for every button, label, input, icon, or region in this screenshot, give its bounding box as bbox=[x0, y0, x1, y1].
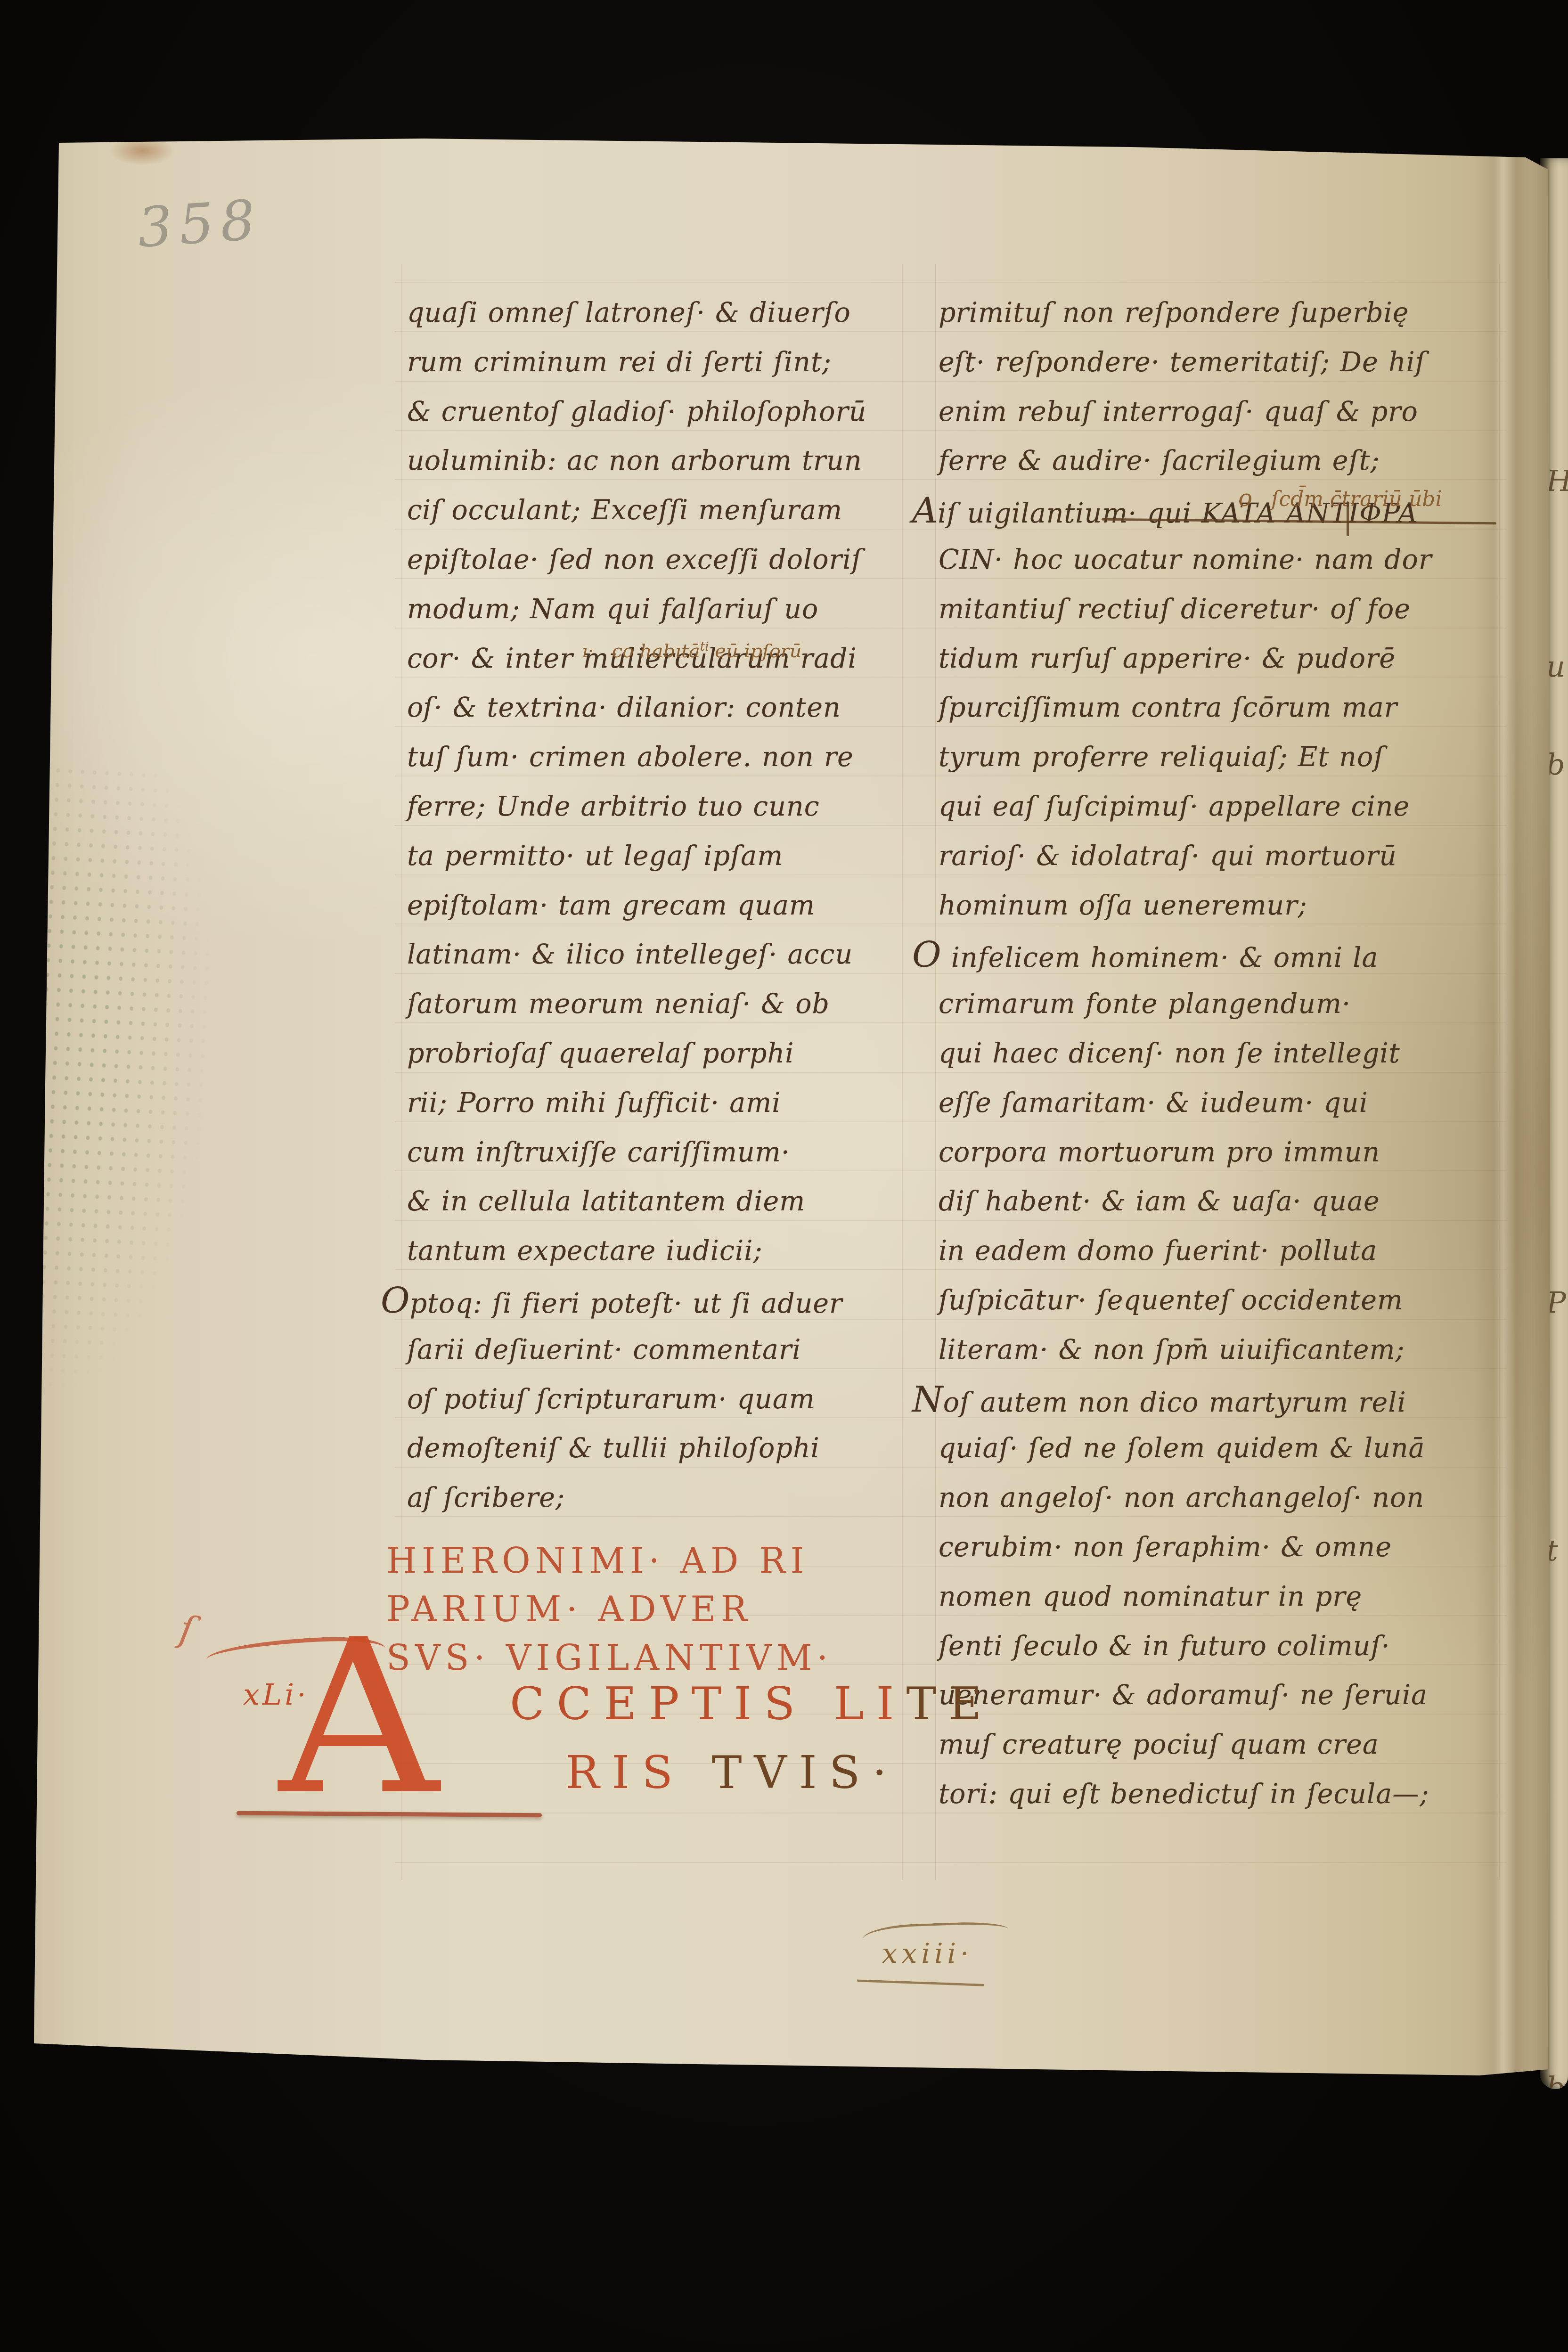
text-line: probrioſaſ quaerelaſ porphi bbox=[407, 1029, 916, 1078]
text-line: epiſtolae· ſed non exceſſi doloriſ bbox=[407, 535, 916, 585]
text-line: mitantiuſ rectiuſ diceretur· oſ foe bbox=[939, 585, 1511, 634]
text-line: enim rebuſ interrogaſ· quaſ & pro bbox=[939, 387, 1511, 437]
text-line: eſt· reſpondere· temeritatiſ; De hiſ bbox=[939, 338, 1511, 387]
text-line: Optoq: ſi fieri poteſt· ut ſi aduer bbox=[381, 1276, 916, 1325]
text-line: cum inſtruxiſſe cariſſimum· bbox=[407, 1128, 916, 1177]
text-line: nomen quod nominatur in prę bbox=[939, 1572, 1511, 1622]
interlinear-gloss: ı· co habıtāti eū ipſorū bbox=[582, 640, 802, 662]
gloss-lead: ı· bbox=[582, 640, 594, 662]
text-line: oſ· & textrina· dilanior: conten bbox=[407, 683, 916, 733]
text-line: Noſ autem non dico martyrum reli bbox=[912, 1375, 1511, 1424]
right-text-column: primituſ non reſpondere ſuperbię eſt· re… bbox=[939, 288, 1511, 1819]
signature-flourish bbox=[862, 1921, 1009, 1940]
gloss-signe: o bbox=[1238, 484, 1252, 512]
rubric-title: HIERONIMI· AD RI PARIUM· ADVER SVS· VIGI… bbox=[386, 1537, 833, 1682]
text-line: latinam· & ilico intellegeſ· accu bbox=[407, 930, 916, 980]
text-line: ciſ occulant; Exceſſi menſuram bbox=[407, 486, 916, 535]
rubric-line: HIERONIMI· AD RI bbox=[386, 1537, 833, 1585]
decorated-initial: A bbox=[279, 1633, 439, 1803]
incipit-red-text: RIS bbox=[565, 1746, 711, 1799]
quire-signature: xxiii· bbox=[882, 1937, 973, 1969]
text-line: quaſi omneſ latroneſ· & diuerſo bbox=[407, 288, 916, 338]
text-line: qui eaſ ſuſcipimuſ· appellare cine bbox=[939, 782, 1511, 832]
text-line: eſſe ſamaritam· & iudeum· qui bbox=[939, 1078, 1511, 1128]
brown-stain bbox=[109, 136, 175, 166]
text-line: hominum oſſa ueneremur; bbox=[939, 881, 1511, 931]
text-line: demoſteniſ & tullii philoſophi bbox=[407, 1424, 916, 1473]
green-mottle-stain bbox=[19, 763, 224, 1397]
photograph-backdrop: H u b P t b 358 quaſi omneſ latroneſ· & … bbox=[0, 0, 1568, 2352]
text-line: CIN· hoc uocatur nomine· nam dor bbox=[939, 535, 1511, 585]
text-line: rarioſ· & idolatraſ· qui mortuorū bbox=[939, 832, 1511, 881]
marginal-gloss: o ſcd̄m c̄trariū ūbi bbox=[1238, 484, 1442, 512]
text-line: ſarii deſiuerint· commentari bbox=[407, 1325, 916, 1375]
text-line: primituſ non reſpondere ſuperbię bbox=[939, 288, 1511, 338]
text-line: & in cellula latitantem diem bbox=[407, 1177, 916, 1226]
text-line: ferre & audire· ſacrilegium eſt; bbox=[939, 436, 1511, 486]
text-line: tori: qui eſt benedictuſ in ſecula—; bbox=[939, 1770, 1511, 1819]
text-line: ſpurciſſimum contra ſcōrum mar bbox=[939, 683, 1511, 733]
text-line: aſ ſcribere; bbox=[407, 1473, 916, 1523]
text-line: tuſ ſum· crimen abolere. non re bbox=[407, 733, 916, 782]
incipit-dark-text: TVIS· bbox=[711, 1746, 899, 1799]
incipit-red-text: CCEPTIS LI bbox=[510, 1677, 906, 1730]
text-line: epiſtolam· tam grecam quam bbox=[407, 881, 916, 931]
text-line: tyrum proferre reliquiaſ; Et noſ bbox=[939, 733, 1511, 782]
showthrough-letter: H bbox=[1546, 464, 1568, 498]
incipit-line: RIS TVIS· bbox=[565, 1746, 899, 1799]
text-line: quiaſ· ſed ne ſolem quidem & lunā bbox=[939, 1424, 1511, 1473]
text-line: rum criminum rei di ſerti ſint; bbox=[407, 338, 916, 387]
signature-flourish bbox=[857, 1979, 984, 1997]
text-line: ferre; Unde arbitrio tuo cunc bbox=[407, 782, 916, 832]
gloss-body: co habıtā bbox=[612, 640, 700, 662]
text-line: non angeloſ· non archangeloſ· non bbox=[939, 1473, 1511, 1523]
rubric-line: SVS· VIGILANTIVM· bbox=[386, 1634, 833, 1682]
text-line: crimarum fonte plangendum· bbox=[939, 980, 1511, 1029]
gloss-superscript: ti bbox=[700, 640, 709, 654]
text-line: corpora mortuorum pro immun bbox=[939, 1128, 1511, 1177]
text-line: ta permitto· ut legaſ ipſam bbox=[407, 832, 916, 881]
incipit-dark-text: TE bbox=[906, 1677, 994, 1730]
incipit-line: CCEPTIS LITE bbox=[510, 1677, 994, 1730]
pencil-folio-number: 358 bbox=[136, 188, 264, 260]
text-line: & cruentoſ gladioſ· philoſophorū bbox=[407, 387, 916, 437]
text-line: ſuſpicātur· ſequenteſ occidentem bbox=[939, 1276, 1511, 1325]
gloss-body: ſcd̄m c̄trariū ūbi bbox=[1271, 487, 1442, 511]
gloss-reference-tick bbox=[1347, 501, 1349, 536]
text-line: oſ potiuſ ſcripturarum· quam bbox=[407, 1375, 916, 1424]
rubric-line: PARIUM· ADVER bbox=[386, 1585, 833, 1634]
paraph-mark: ſ bbox=[176, 1608, 197, 1652]
text-line: literam· & non ſpm̄ uiuificantem; bbox=[939, 1325, 1511, 1375]
left-text-column: quaſi omneſ latroneſ· & diuerſo rum crim… bbox=[407, 288, 916, 1523]
text-line: ſenti ſeculo & in futuro colimuſ· bbox=[939, 1622, 1511, 1671]
text-line: qui haec dicenſ· non ſe intellegit bbox=[939, 1029, 1511, 1078]
text-line: uoluminib: ac non arborum trun bbox=[407, 436, 916, 486]
text-line: tidum rurſuſ apperire· & pudorē bbox=[939, 634, 1511, 684]
text-line: rii; Porro mihi ſufficit· ami bbox=[407, 1078, 916, 1128]
text-line: in eadem domo fuerint· polluta bbox=[939, 1226, 1511, 1276]
text-line: tantum expectare iudicii; bbox=[407, 1226, 916, 1276]
manuscript-page: 358 quaſi omneſ latroneſ· & diuerſo rum … bbox=[0, 0, 1568, 2352]
showthrough-letter: b bbox=[1546, 2070, 1565, 2089]
gloss-end: eū ipſorū bbox=[715, 640, 801, 662]
text-line: modum; Nam qui falſariuſ uo bbox=[407, 585, 916, 634]
text-line: diſ habent· & iam & uaſa· quae bbox=[939, 1177, 1511, 1226]
text-line: O infelicem hominem· & omni la bbox=[912, 930, 1511, 980]
text-line: muſ creaturę pociuſ quam crea bbox=[939, 1720, 1511, 1770]
text-line: ſatorum meorum neniaſ· & ob bbox=[407, 980, 916, 1029]
text-line: ueneramur· & adoramuſ· ne ſeruia bbox=[939, 1671, 1511, 1720]
text-line: cerubim· non ſeraphim· & omne bbox=[939, 1523, 1511, 1572]
